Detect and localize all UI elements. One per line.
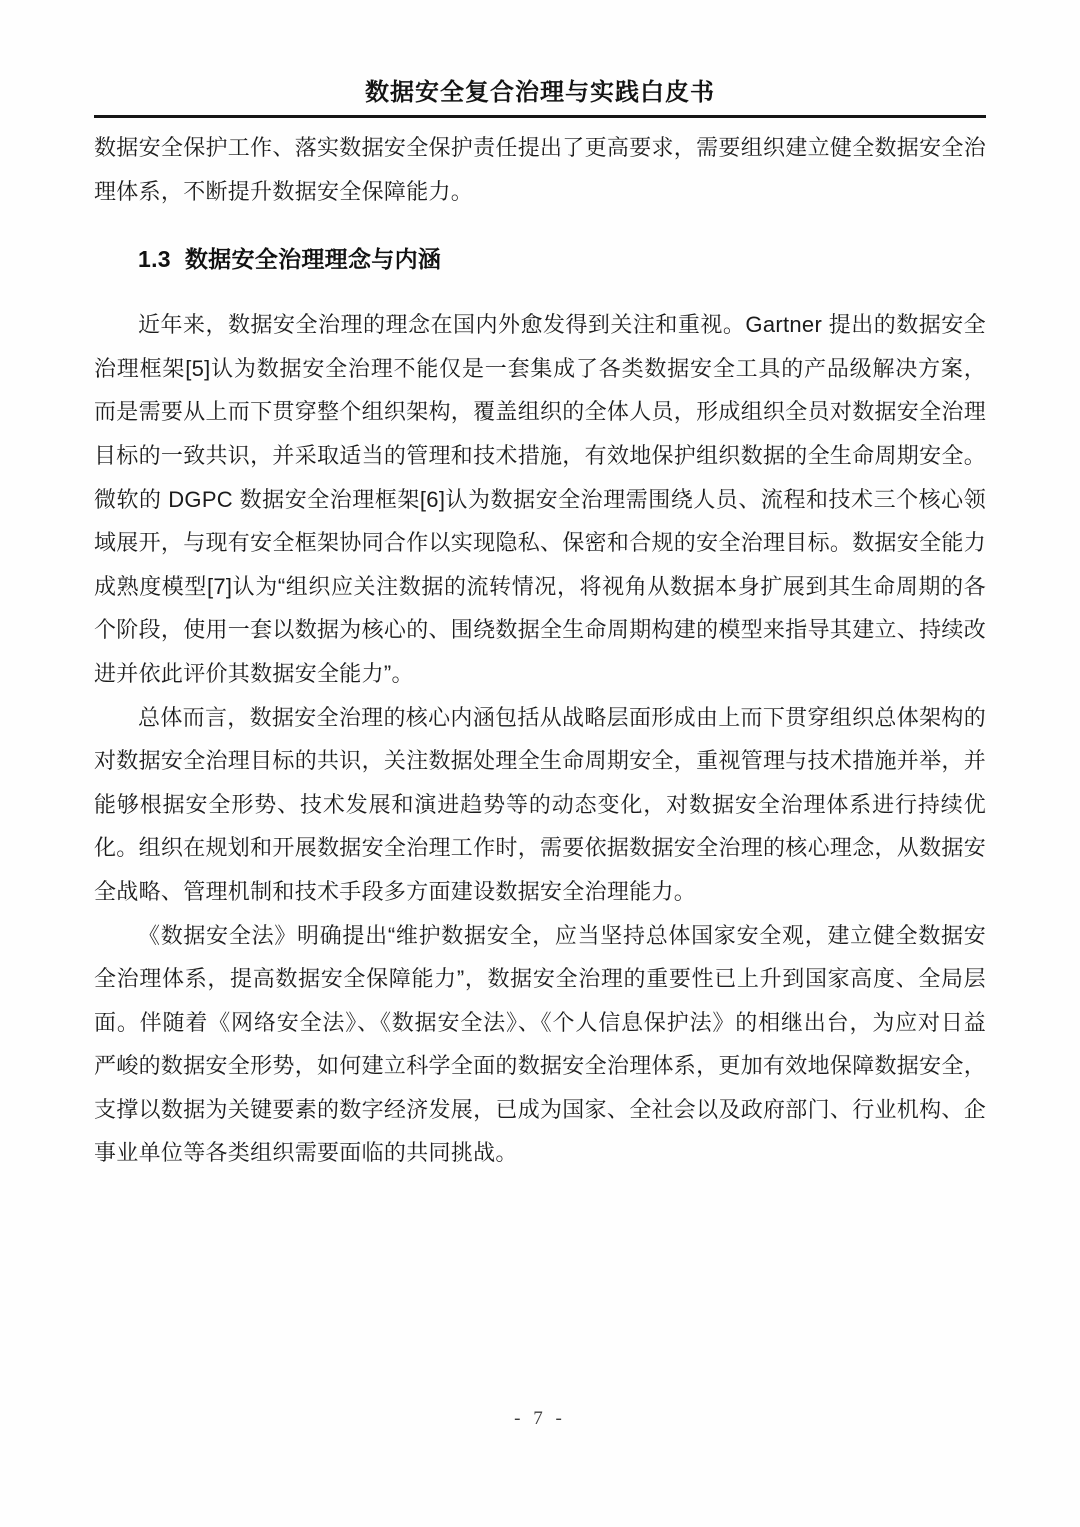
paragraph-continuation: 数据安全保护工作、落实数据安全保护责任提出了更高要求，需要组织建立健全数据安全治…	[94, 126, 986, 213]
section-title: 数据安全治理理念与内涵	[185, 246, 441, 272]
section-heading: 1.3数据安全治理理念与内涵	[94, 244, 986, 274]
page-header-title: 数据安全复合治理与实践白皮书	[94, 80, 986, 106]
header-rule	[94, 115, 986, 118]
paragraph-core-connotation: 总体而言，数据安全治理的核心内涵包括从战略层面形成由上而下贯穿组织总体架构的对数…	[94, 696, 986, 914]
page-header: 数据安全复合治理与实践白皮书	[94, 0, 986, 118]
paragraph-governance-concepts: 近年来，数据安全治理的理念在国内外愈发得到关注和重视。Gartner 提出的数据…	[94, 303, 986, 695]
paragraph-data-security-law: 《数据安全法》明确提出“维护数据安全，应当坚持总体国家安全观，建立健全数据安全治…	[94, 914, 986, 1176]
page-body: 数据安全保护工作、落实数据安全保护责任提出了更高要求，需要组织建立健全数据安全治…	[94, 126, 986, 1175]
page-number: - 7 -	[514, 1408, 566, 1429]
section-number: 1.3	[138, 246, 171, 272]
document-page: 数据安全复合治理与实践白皮书 数据安全保护工作、落实数据安全保护责任提出了更高要…	[0, 0, 1080, 1527]
page-footer: - 7 -	[0, 1408, 1080, 1430]
